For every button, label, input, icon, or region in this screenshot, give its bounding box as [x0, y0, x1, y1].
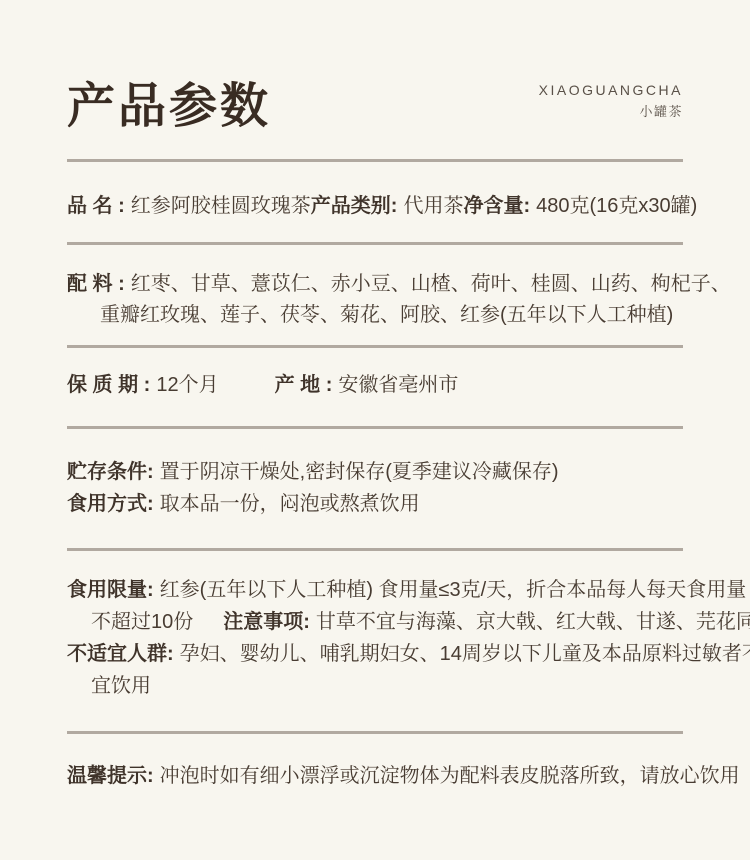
- shelf-life-value: 12个月: [156, 374, 218, 396]
- tip-label: 温馨提示:: [67, 765, 154, 787]
- net-content-pair: 净含量:480克(16克x30罐): [463, 190, 697, 222]
- unsuitable-line-1: 不适宜人群:孕妇、婴幼儿、哺乳期妇女、14周岁以下儿童及本品原料过敏者不: [67, 638, 683, 670]
- product-name-label: 品 名 :: [67, 195, 125, 217]
- usage-value: 取本品一份，闷泡或熬煮饮用: [160, 493, 420, 515]
- brand-logo: XIAOGUANGCHA 小罐茶: [539, 78, 683, 120]
- notice-label: 注意事项:: [223, 611, 310, 633]
- limit-section: 食用限量:红参(五年以下人工种植) 食用量≤3克/天，折合本品每人每天食用量 不…: [67, 574, 683, 702]
- net-content-label: 净含量:: [463, 195, 530, 217]
- ingredients-line-2: 重瓣红玫瑰、莲子、茯苓、菊花、阿胶、红参(五年以下人工种植): [67, 300, 683, 331]
- section-divider: [67, 159, 683, 162]
- section-divider: [67, 731, 683, 734]
- header: 产品参数 XIAOGUANGCHA 小罐茶: [67, 78, 683, 143]
- section-divider: [67, 242, 683, 245]
- tip-value: 冲泡时如有细小漂浮或沉淀物体为配料表皮脱落所致，请放心饮用: [160, 765, 740, 787]
- category-pair: 产品类别:代用茶: [311, 190, 464, 222]
- shelf-life-label: 保 质 期 :: [67, 374, 150, 396]
- section-divider: [67, 426, 683, 429]
- product-specs-page: 产品参数 XIAOGUANGCHA 小罐茶 品 名 :红参阿胶桂圆玫瑰茶 产品类…: [0, 0, 750, 860]
- shelf-origin-row: 保 质 期 :12个月 产 地 :安徽省亳州市: [67, 369, 683, 401]
- category-value: 代用茶: [403, 195, 463, 217]
- origin-label: 产 地 :: [275, 374, 333, 396]
- brand-name-en: XIAOGUANGCHA: [539, 82, 683, 98]
- limit-label: 食用限量:: [67, 579, 154, 601]
- section-divider: [67, 345, 683, 348]
- net-content-value: 480克(16克x30罐): [536, 195, 697, 217]
- tip-line: 温馨提示:冲泡时如有细小漂浮或沉淀物体为配料表皮脱落所致，请放心饮用: [67, 760, 683, 792]
- category-label: 产品类别:: [311, 195, 398, 217]
- basic-info-row: 品 名 :红参阿胶桂圆玫瑰茶 产品类别:代用茶 净含量:480克(16克x30罐…: [67, 190, 683, 222]
- unsuitable-label: 不适宜人群:: [67, 643, 174, 665]
- limit-line-2: 不超过10份注意事项:甘草不宜与海藻、京大戟、红大戟、甘遂、芫花同用: [67, 606, 683, 638]
- product-name-pair: 品 名 :红参阿胶桂圆玫瑰茶: [67, 190, 311, 222]
- origin-pair: 产 地 :安徽省亳州市: [275, 369, 459, 401]
- limit-line-1: 食用限量:红参(五年以下人工种植) 食用量≤3克/天，折合本品每人每天食用量: [67, 574, 683, 606]
- shelf-life-pair: 保 质 期 :12个月: [67, 369, 219, 401]
- brand-name-cn: 小罐茶: [539, 101, 683, 120]
- usage-label: 食用方式:: [67, 493, 154, 515]
- product-name-value: 红参阿胶桂圆玫瑰茶: [131, 195, 311, 217]
- ingredients-label: 配 料 :: [67, 273, 125, 295]
- ingredients-value-1: 红枣、甘草、薏苡仁、赤小豆、山楂、荷叶、桂圆、山药、枸杞子、: [131, 273, 731, 295]
- unsuitable-value-2: 宜饮用: [91, 675, 151, 697]
- origin-value: 安徽省亳州市: [338, 374, 458, 396]
- storage-line: 贮存条件:置于阴凉干燥处,密封保存(夏季建议冷藏保存): [67, 456, 683, 488]
- usage-line: 食用方式:取本品一份，闷泡或熬煮饮用: [67, 488, 683, 520]
- ingredients-section: 配 料 :红枣、甘草、薏苡仁、赤小豆、山楂、荷叶、桂圆、山药、枸杞子、 重瓣红玫…: [67, 269, 683, 331]
- page-title: 产品参数: [67, 78, 271, 136]
- notice-value: 甘草不宜与海藻、京大戟、红大戟、甘遂、芫花同用: [316, 611, 750, 633]
- section-divider: [67, 548, 683, 551]
- storage-usage-section: 贮存条件:置于阴凉干燥处,密封保存(夏季建议冷藏保存) 食用方式:取本品一份，闷…: [67, 456, 683, 520]
- storage-label: 贮存条件:: [67, 461, 154, 483]
- ingredients-value-2: 重瓣红玫瑰、莲子、茯苓、菊花、阿胶、红参(五年以下人工种植): [100, 304, 673, 326]
- limit-value-2: 不超过10份: [91, 611, 193, 633]
- limit-value-1: 红参(五年以下人工种植) 食用量≤3克/天，折合本品每人每天食用量: [160, 579, 747, 601]
- ingredients-line-1: 配 料 :红枣、甘草、薏苡仁、赤小豆、山楂、荷叶、桂圆、山药、枸杞子、: [67, 269, 683, 300]
- unsuitable-value-1: 孕妇、婴幼儿、哺乳期妇女、14周岁以下儿童及本品原料过敏者不: [180, 643, 750, 665]
- tip-section: 温馨提示:冲泡时如有细小漂浮或沉淀物体为配料表皮脱落所致，请放心饮用: [67, 760, 683, 792]
- unsuitable-line-2: 宜饮用: [67, 670, 683, 702]
- storage-value: 置于阴凉干燥处,密封保存(夏季建议冷藏保存): [160, 461, 559, 483]
